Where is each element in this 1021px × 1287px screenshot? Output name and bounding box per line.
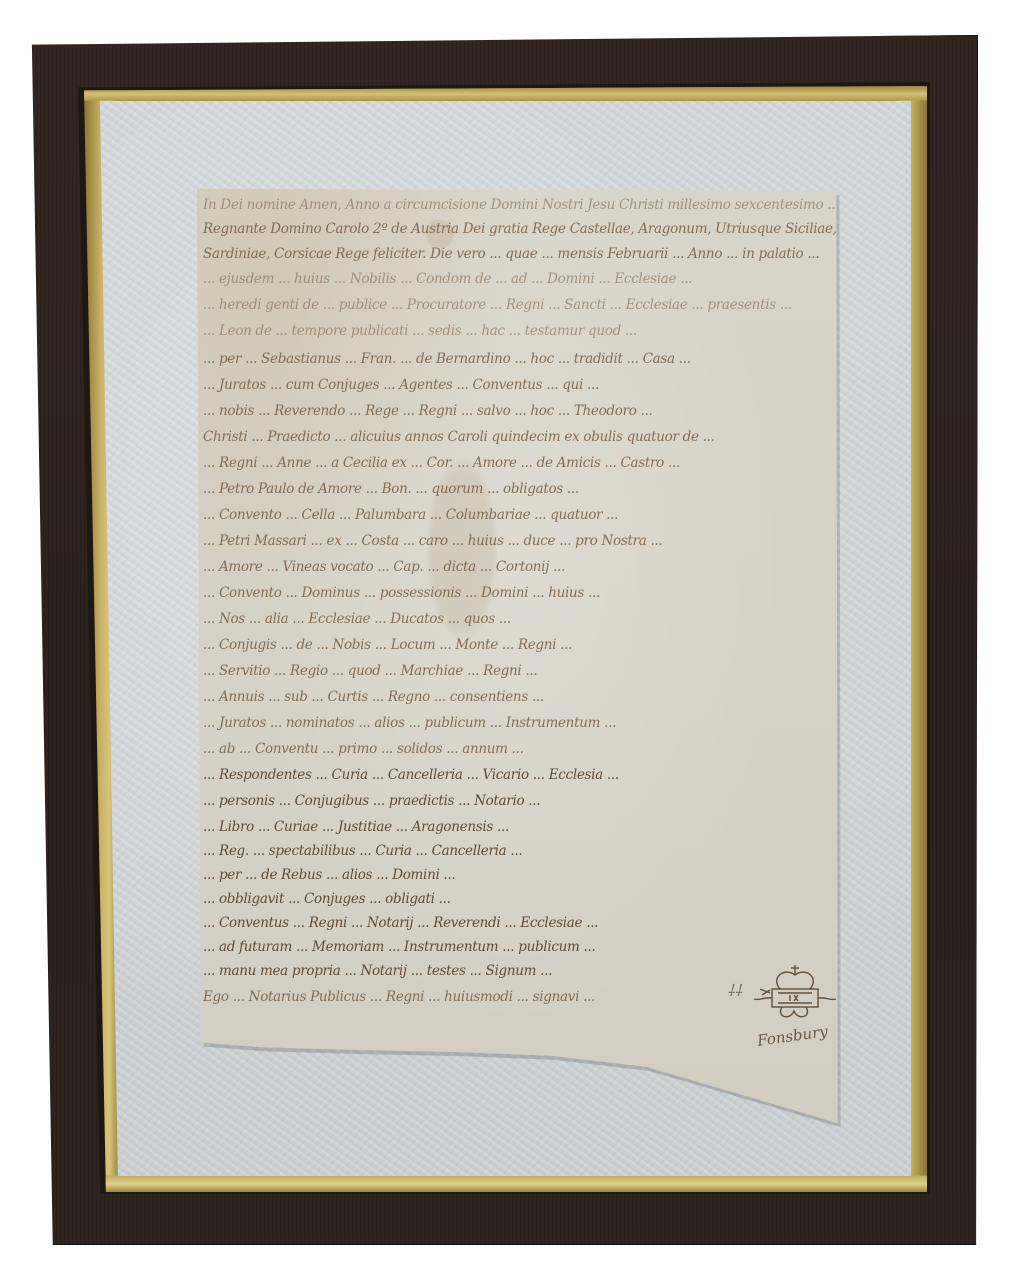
text-line: ... per ... de Rebus ... alios ... Domin… bbox=[203, 867, 839, 883]
text-line: ... Convento ... Cella ... Palumbara ...… bbox=[203, 507, 839, 523]
text-line: ... Juratos ... nominatos ... alios ... … bbox=[203, 715, 839, 731]
text-line: ... Libro ... Curiae ... Justitiae ... A… bbox=[203, 819, 839, 835]
text-line: Regnante Domino Carolo 2º de Austria Dei… bbox=[203, 221, 839, 237]
text-line: ... obbligavit ... Conjuges ... obligati… bbox=[203, 891, 839, 907]
text-line: ... Juratos ... cum Conjuges ... Agentes… bbox=[203, 377, 839, 393]
notarial-seal-icon bbox=[750, 959, 840, 1029]
text-line: ... Regni ... Anne ... a Cecilia ex ... … bbox=[203, 455, 839, 471]
text-line: ... Leon de ... tempore publicati ... se… bbox=[203, 323, 839, 339]
text-line: ... Respondentes ... Curia ... Canceller… bbox=[203, 767, 839, 783]
text-line: ... ad futuram ... Memoriam ... Instrume… bbox=[203, 939, 839, 955]
text-line: Ego ... Notarius Publicus ... Regni ... … bbox=[203, 989, 743, 1005]
text-line: ... Petro Paulo de Amore ... Bon. ... qu… bbox=[203, 481, 839, 497]
text-line: ... Conjugis ... de ... Nobis ... Locum … bbox=[203, 637, 839, 653]
text-line: ... Amore ... Vineas vocato ... Cap. ...… bbox=[203, 559, 839, 575]
text-line: ... ab ... Conventu ... primo ... solido… bbox=[203, 741, 839, 757]
text-line: ... Convento ... Dominus ... possessioni… bbox=[203, 585, 839, 601]
text-line: ... heredi genti de ... publice ... Proc… bbox=[203, 297, 839, 313]
manuscript-paper: In Dei nomine Amen, Anno a circumcisione… bbox=[197, 189, 839, 1127]
cross-mark: ⸸⸸ bbox=[727, 979, 742, 1001]
text-line: In Dei nomine Amen, Anno a circumcisione… bbox=[203, 197, 839, 213]
text-line: Christi ... Praedicto ... alicuius annos… bbox=[203, 429, 839, 445]
text-line: ... per ... Sebastianus ... Fran. ... de… bbox=[203, 351, 839, 367]
text-line: ... Nos ... alia ... Ecclesiae ... Ducat… bbox=[203, 611, 839, 627]
text-line: ... manu mea propria ... Notarij ... tes… bbox=[203, 963, 839, 979]
text-line: ... Reg. ... spectabilibus ... Curia ...… bbox=[203, 843, 839, 859]
text-line: ... nobis ... Reverendo ... Rege ... Reg… bbox=[203, 403, 839, 419]
text-line: ... personis ... Conjugibus ... praedict… bbox=[203, 793, 839, 809]
text-line: ... Petri Massari ... ex ... Costa ... c… bbox=[203, 533, 839, 549]
text-line: Sardiniae, Corsicae Rege feliciter. Die … bbox=[203, 246, 839, 262]
text-line: ... Servitio ... Regio ... quod ... Marc… bbox=[203, 663, 839, 679]
text-line: ... ejusdem ... huius ... Nobilis ... Co… bbox=[203, 271, 839, 287]
text-line: ... Annuis ... sub ... Curtis ... Regno … bbox=[203, 689, 839, 705]
photo-scene: In Dei nomine Amen, Anno a circumcisione… bbox=[0, 0, 1021, 1287]
text-line: ... Conventus ... Regni ... Notarij ... … bbox=[203, 915, 839, 931]
